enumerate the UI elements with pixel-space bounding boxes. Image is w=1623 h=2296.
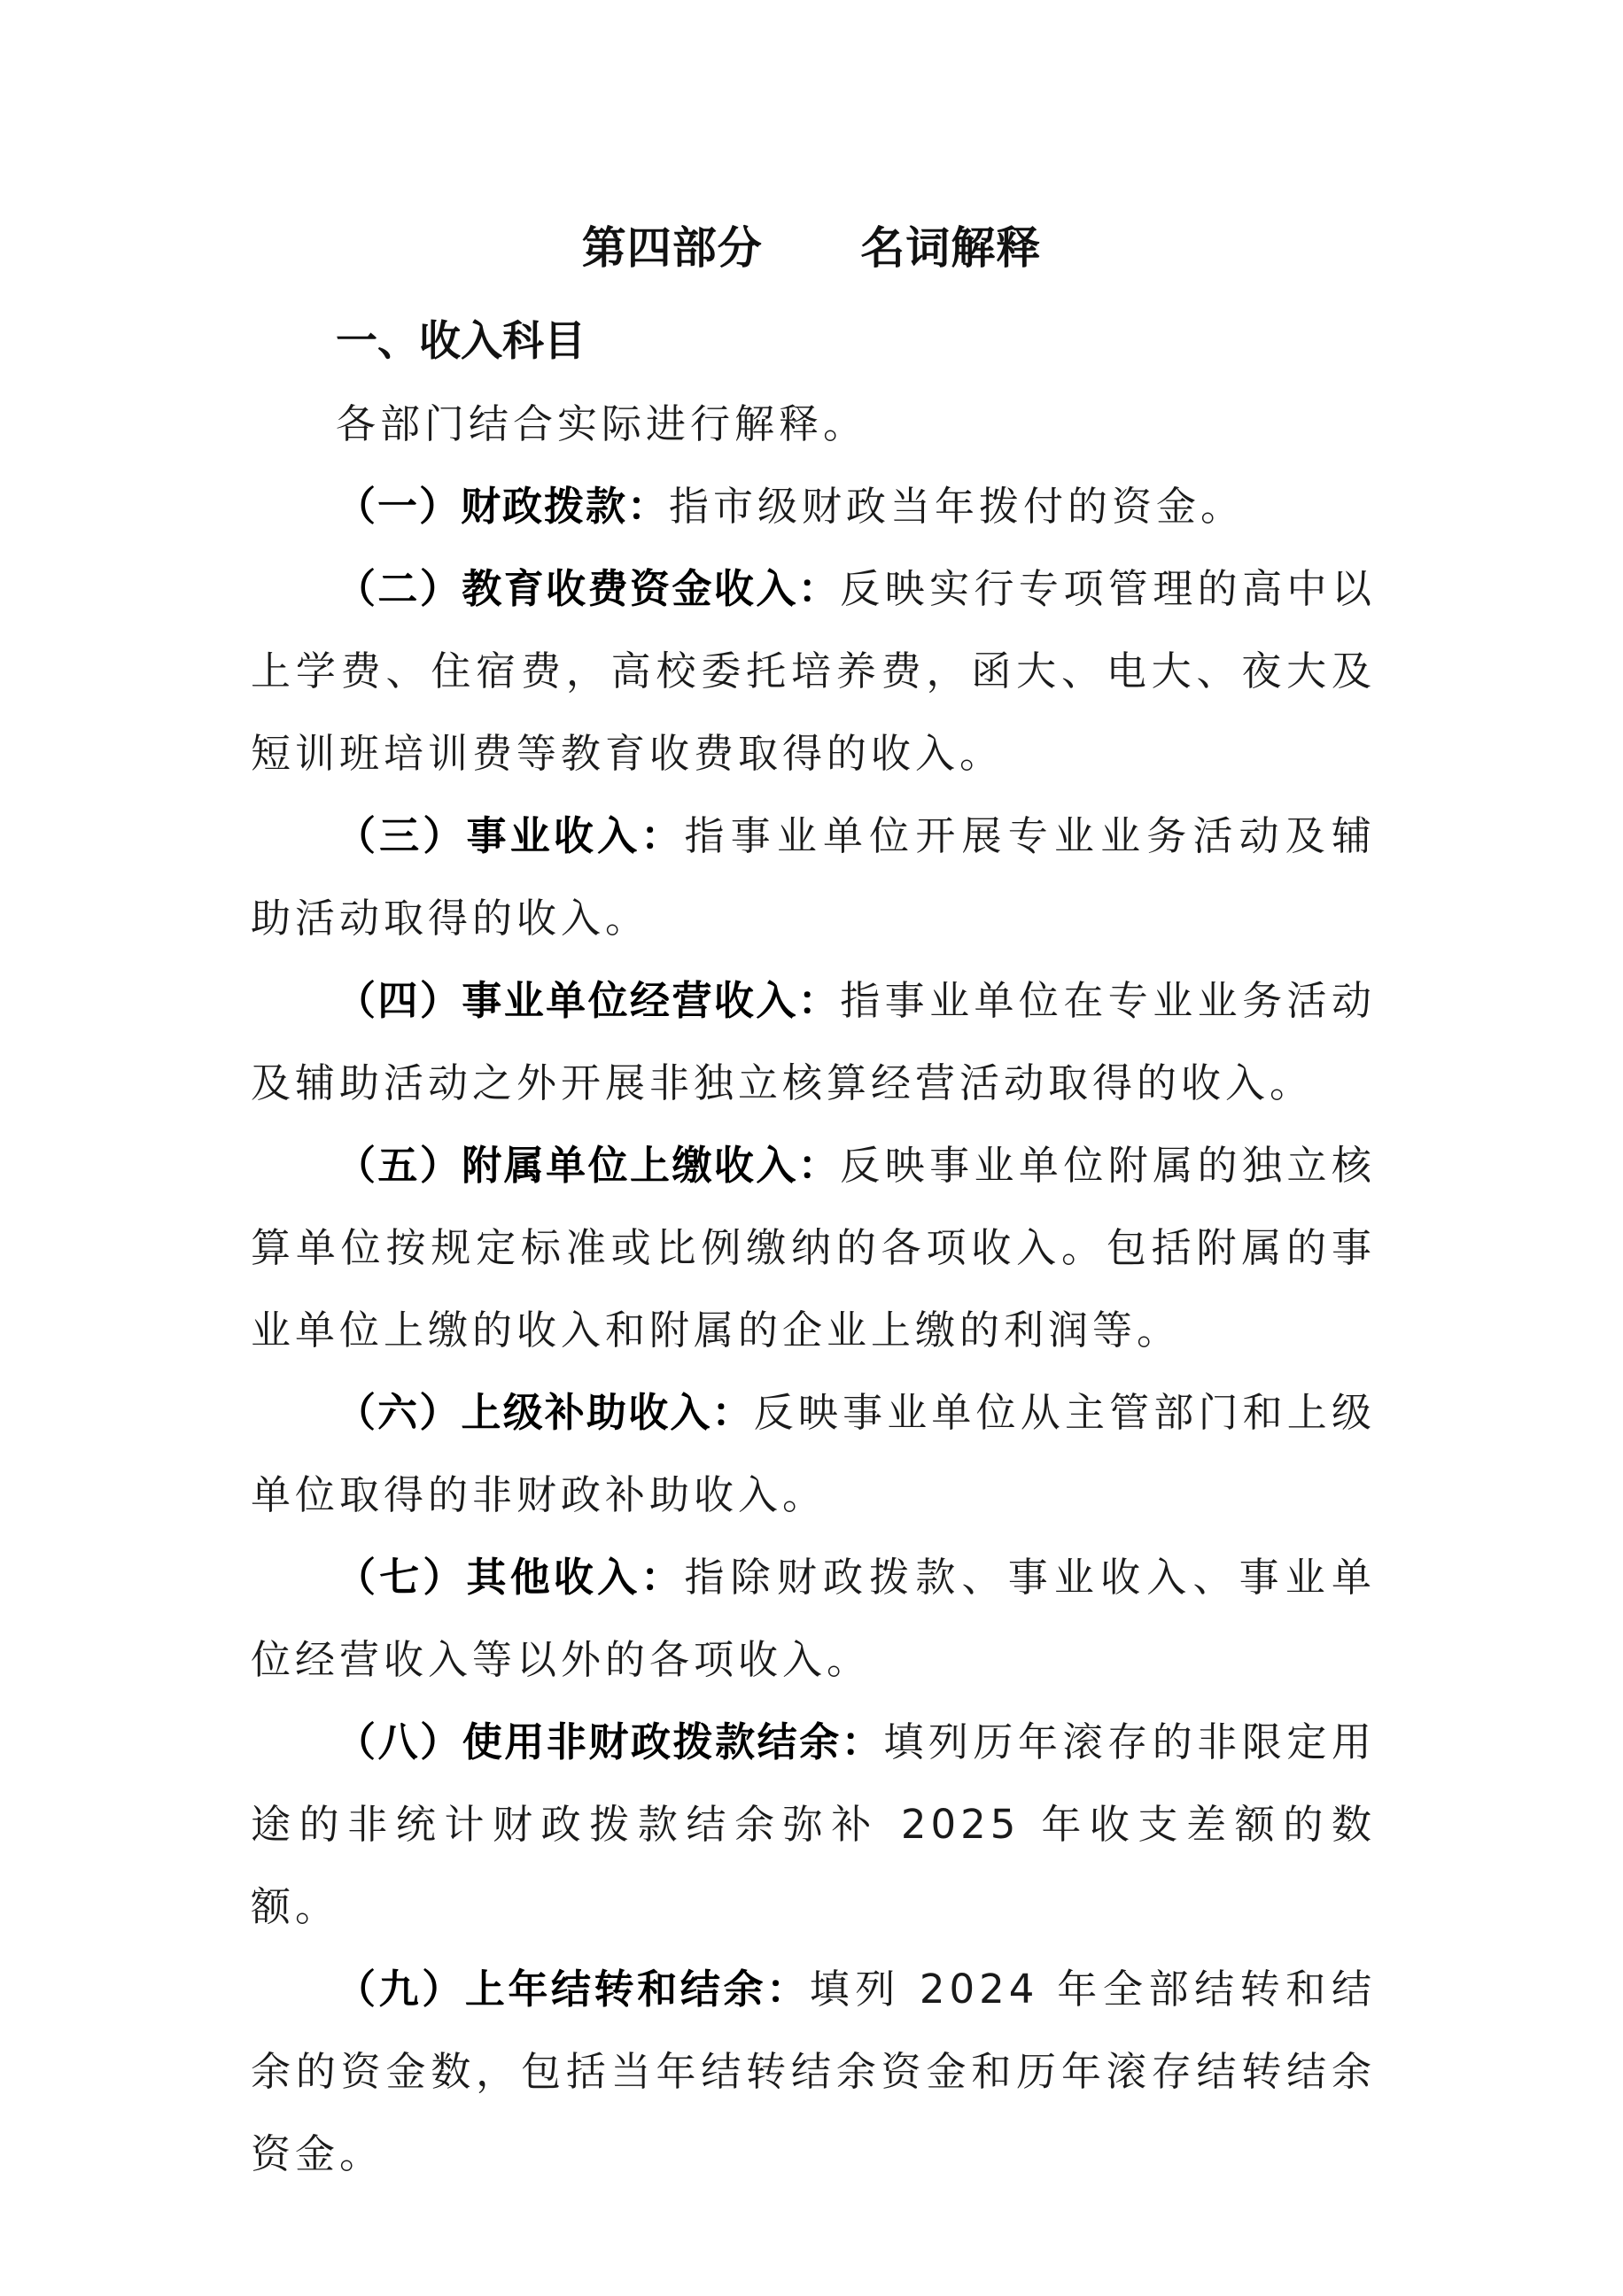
definition-term: （二）教育收费资金收入：: [336, 565, 840, 612]
definition-item: （三）事业收入：指事业单位开展专业业务活动及辅助活动取得的收入。: [251, 795, 1376, 959]
definition-text: 指市级财政当年拨付的资金。: [669, 483, 1245, 530]
definition-item: （四）事业单位经营收入：指事业单位在专业业务活动及辅助活动之外开展非独立核算经营…: [251, 959, 1376, 1124]
definition-item: （一）财政拨款：指市级财政当年拨付的资金。: [251, 465, 1376, 547]
definition-item: （二）教育收费资金收入：反映实行专项管理的高中以上学费、住宿费，高校委托培养费，…: [251, 547, 1376, 795]
definition-term: （九）上年结转和结余：: [336, 1966, 810, 2013]
definition-item: （八）使用非财政拨款结余：填列历年滚存的非限定用途的非统计财政拨款结余弥补 20…: [251, 1701, 1376, 1948]
definition-term: （四）事业单位经营收入：: [336, 977, 840, 1024]
document-body: 一、收入科目 各部门结合实际进行解释。 （一）财政拨款：指市级财政当年拨付的资金…: [251, 301, 1376, 2195]
definition-item: （九）上年结转和结余：填列 2024 年全部结转和结余的资金数，包括当年结转结余…: [251, 1948, 1376, 2195]
definition-item: （六）上级补助收入：反映事业单位从主管部门和上级单位取得的非财政补助收入。: [251, 1371, 1376, 1536]
document-page: 第四部分 名词解释 一、收入科目 各部门结合实际进行解释。 （一）财政拨款：指市…: [0, 0, 1623, 2296]
definition-term: （八）使用非财政拨款结余：: [336, 1718, 883, 1765]
page-title: 第四部分 名词解释: [0, 213, 1623, 276]
definition-item: （五）附属单位上缴收入：反映事业单位附属的独立核算单位按规定标准或比例缴纳的各项…: [251, 1124, 1376, 1371]
definition-term: （七）其他收入：: [336, 1554, 684, 1601]
section-heading-income-items: 一、收入科目: [251, 301, 1376, 383]
definition-term: （三）事业收入：: [336, 812, 684, 859]
section-intro: 各部门结合实际进行解释。: [251, 383, 1376, 465]
definition-term: （五）附属单位上缴收入：: [336, 1142, 840, 1189]
definition-term: （六）上级补助收入：: [336, 1389, 754, 1436]
definition-term: （一）财政拨款：: [336, 483, 669, 530]
definition-item: （七）其他收入：指除财政拨款、事业收入、事业单位经营收入等以外的各项收入。: [251, 1536, 1376, 1701]
